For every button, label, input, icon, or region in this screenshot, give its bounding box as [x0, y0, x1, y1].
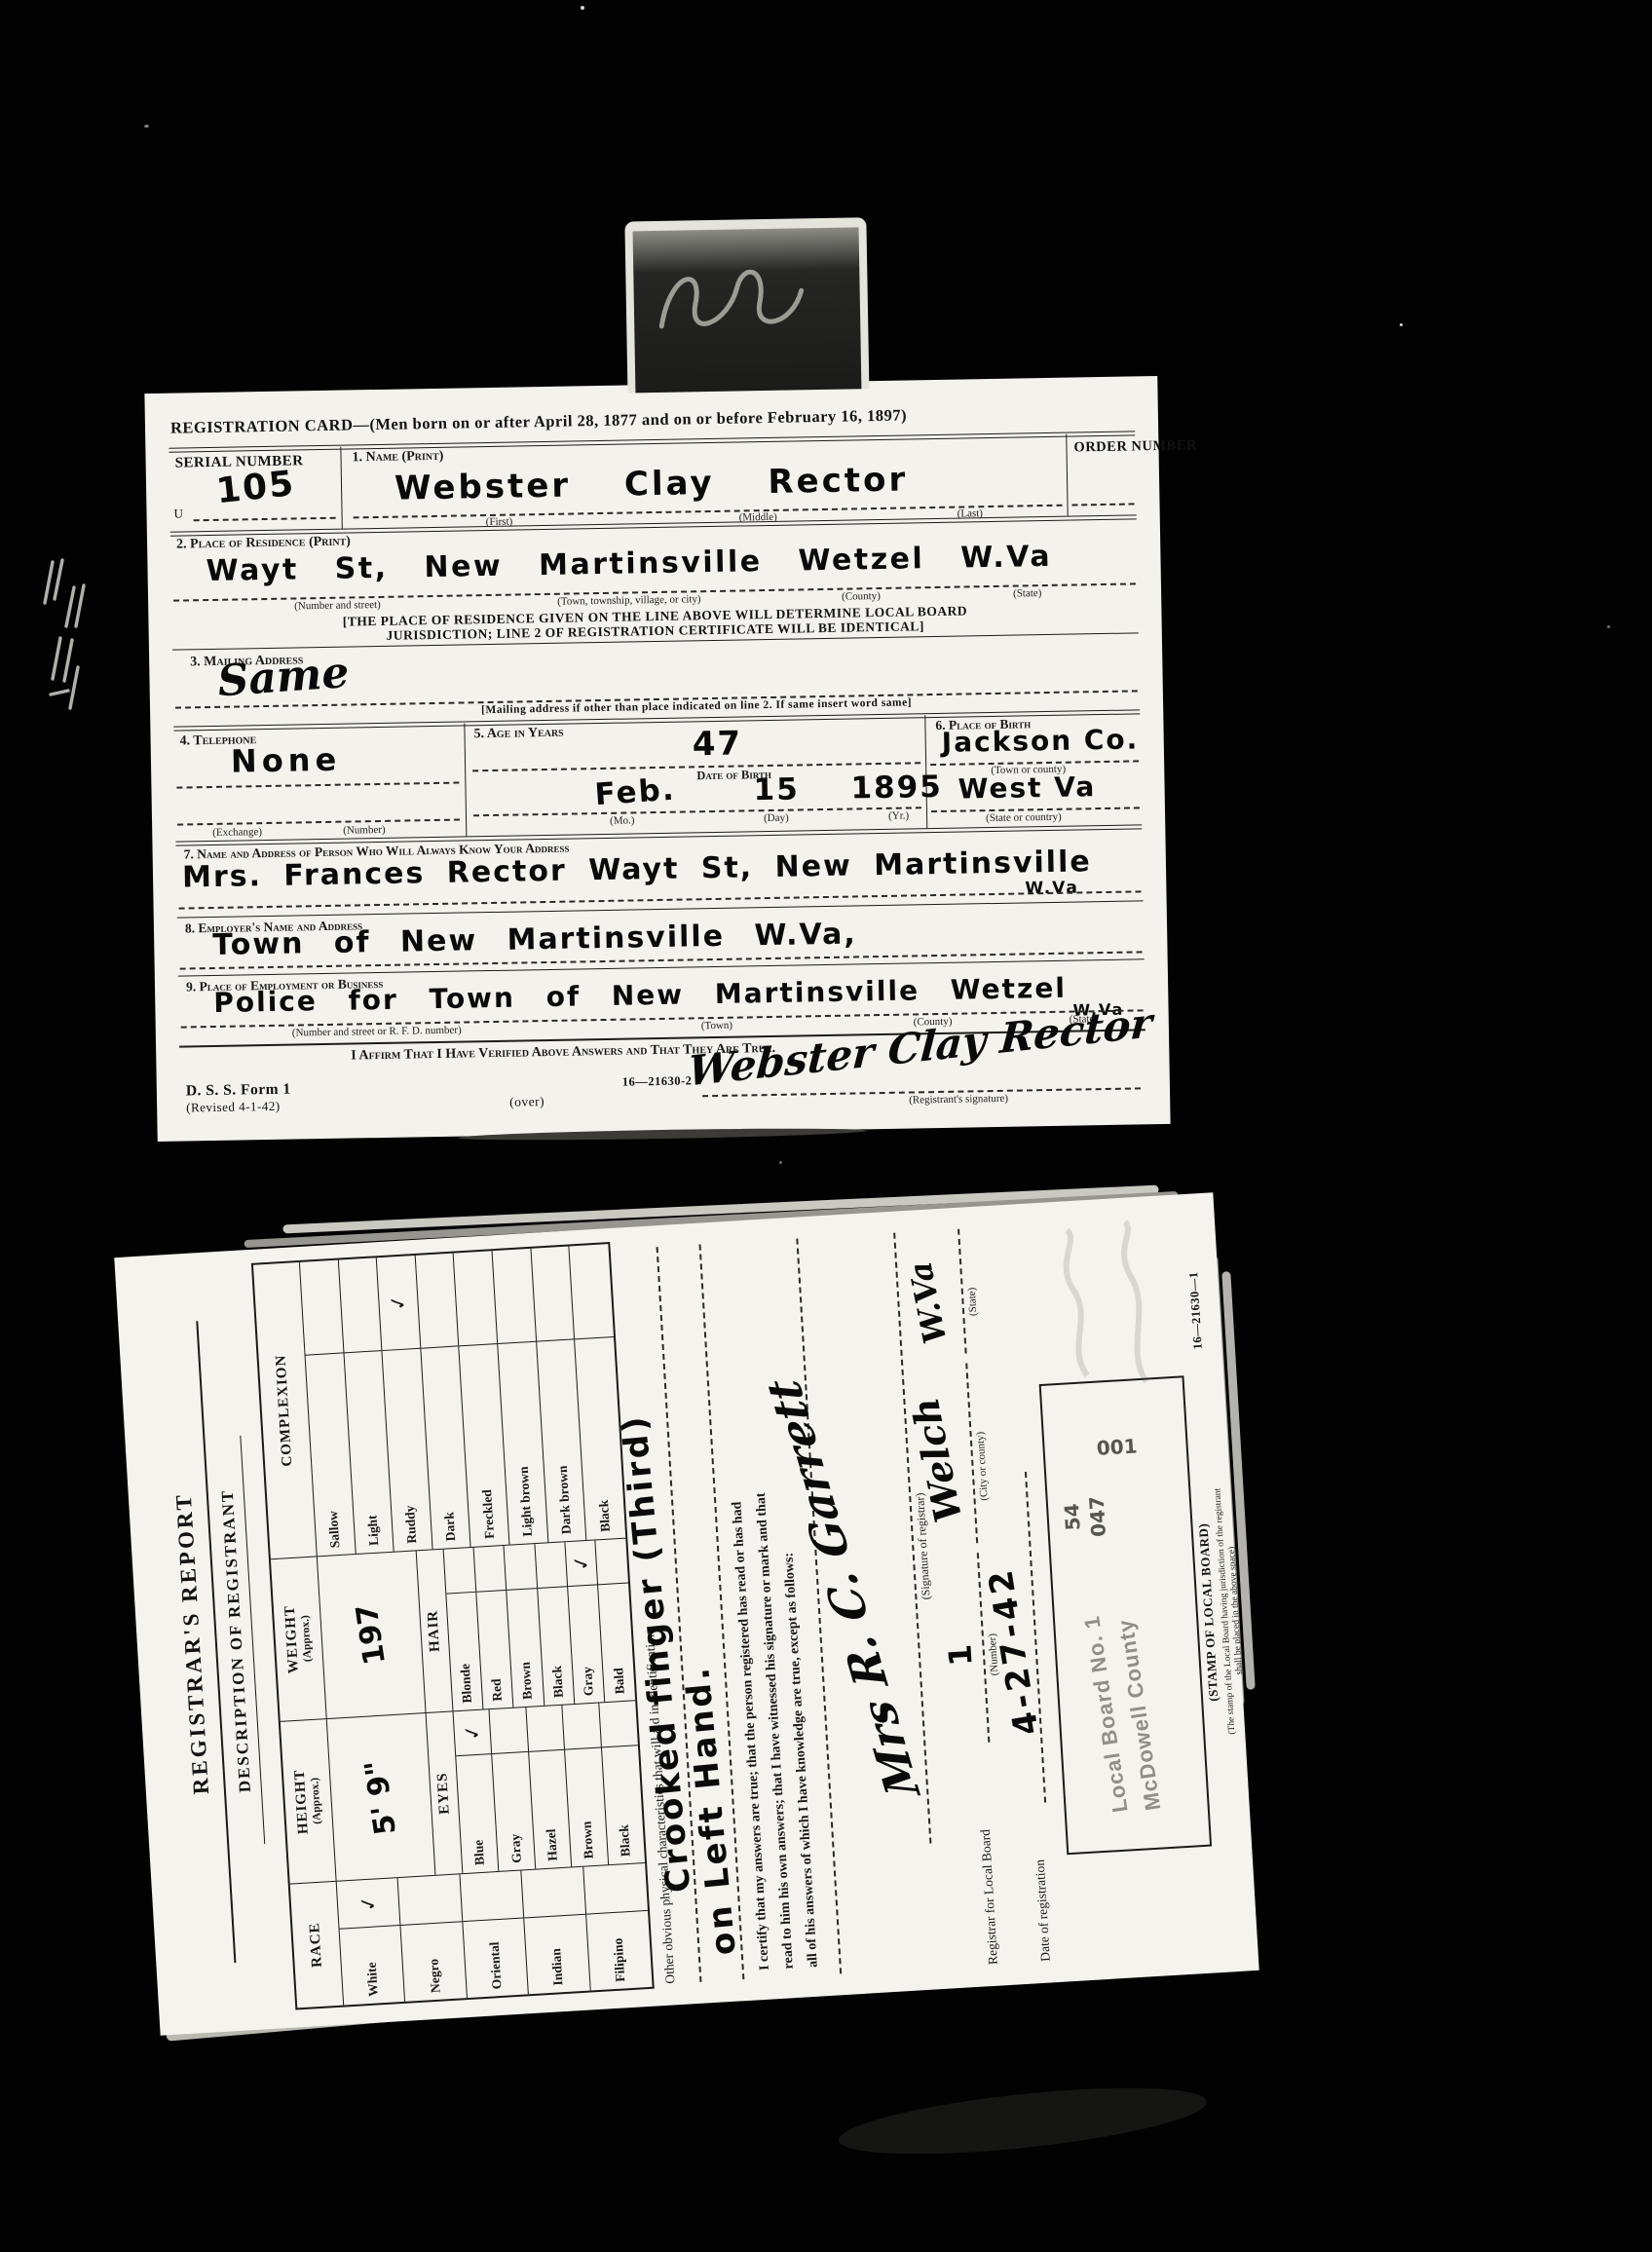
residence-label: 2. Place of Residence (Print)	[176, 534, 351, 552]
order-number-label: ORDER NUMBER	[1073, 437, 1197, 456]
hair-check-cell: ✓	[565, 1540, 597, 1587]
weight-value-cell: 197	[318, 1551, 427, 1718]
birth-state-sub: (State or country)	[986, 811, 1062, 824]
serial-prefix: U	[173, 506, 183, 521]
residence-sub-street: (Number and street)	[294, 599, 381, 613]
complexion-check-cell: ✓	[377, 1256, 420, 1351]
name-value: Webster Clay Rector	[394, 460, 909, 507]
race-option-label: White	[340, 1926, 405, 2006]
weight-value: 197	[350, 1602, 393, 1668]
dotted-line	[1072, 503, 1135, 506]
registrar-city-sub: (City or county)	[974, 1432, 990, 1501]
race-column: RACE White ✓ Negro Oriental Indian	[290, 1862, 653, 2008]
age-label: 5. Age in Years	[473, 726, 563, 743]
card-tab-photo-area	[633, 227, 862, 393]
race-option-row: Oriental	[460, 1871, 529, 1999]
race-check-cell	[398, 1874, 462, 1926]
weight-header-approx: (Approx.)	[299, 1615, 314, 1663]
telephone-sub-number: (Number)	[343, 824, 386, 837]
name-label: 1. Name (Print)	[352, 449, 443, 467]
registrars-report-card: REGISTRAR'S REPORT DESCRIPTION OF REGIST…	[114, 1192, 1258, 2036]
dotted-line	[194, 517, 336, 522]
card-title: REGISTRATION CARD—(Men born on or after …	[170, 405, 907, 437]
race-option-row: White ✓	[337, 1878, 406, 2006]
height-value: 5' 9"	[358, 1757, 403, 1836]
eyes-option-label: Gray	[493, 1752, 535, 1871]
dotted-line	[179, 890, 1142, 909]
hair-check-cell	[595, 1539, 628, 1586]
hair-header-label: HAIR	[425, 1609, 444, 1652]
dob-sub-mo: (Mo.)	[610, 814, 635, 826]
dotted-line	[176, 782, 459, 789]
race-option-label: Filipino	[586, 1911, 653, 1991]
rule	[175, 824, 1142, 845]
hair-check-cell	[505, 1544, 537, 1591]
eyes-option-label: Blue	[456, 1754, 498, 1873]
eyes-option-label: Black	[602, 1745, 645, 1864]
dust-speck	[1400, 323, 1403, 326]
registrant-signature-sub: (Registrant's signature)	[909, 1093, 1008, 1107]
hair-check-cell	[474, 1546, 507, 1593]
checkmark: ✓	[385, 1292, 412, 1314]
dob-year: 1895	[850, 769, 943, 807]
card-pile: REGISTRAR'S REPORT DESCRIPTION OF REGIST…	[127, 1203, 1247, 2041]
checkmark: ✓	[355, 1892, 382, 1914]
description-table: RACE White ✓ Negro Oriental Indian	[251, 1242, 655, 2010]
telephone-sub-exchange: (Exchange)	[212, 826, 262, 839]
race-header-label: RACE	[307, 1922, 326, 1968]
ink-bleed-ghost	[1049, 1214, 1195, 1397]
complexion-check-cell	[570, 1244, 614, 1339]
scanned-document-page: REGISTRATION CARD—(Men born on or after …	[0, 0, 1652, 2252]
residence-sub-state: (State)	[1013, 587, 1042, 600]
race-option-row: Indian	[522, 1867, 591, 1995]
margin-tally-marks	[39, 531, 117, 716]
residence-sub-town: (Town, township, village, or city)	[557, 593, 701, 608]
complexion-check-cell	[338, 1257, 381, 1353]
registration-card-front: REGISTRATION CARD—(Men born on or after …	[144, 376, 1170, 1142]
dotted-line	[473, 807, 921, 816]
scan-smudge	[836, 2075, 1210, 2166]
dust-speck	[144, 125, 149, 128]
age-value: 47	[692, 724, 742, 764]
race-check-cell	[583, 1863, 648, 1915]
complexion-check-cell	[454, 1251, 497, 1346]
registrars-report-content: REGISTRAR'S REPORT DESCRIPTION OF REGIST…	[114, 1192, 1258, 2036]
stamp-number-2: 047	[1085, 1495, 1110, 1537]
card-tab	[624, 217, 869, 393]
race-header: RACE	[290, 1882, 344, 2008]
race-check-cell	[460, 1871, 523, 1923]
height-eyes-column: HEIGHT (Approx.) 5' 9" EYES Blue ✓ Gray	[281, 1700, 645, 1883]
eyes-check-cell	[490, 1708, 528, 1754]
race-option-label: Negro	[401, 1922, 467, 2002]
hair-check-cell	[535, 1542, 567, 1589]
height-value-cell: 5' 9"	[327, 1713, 436, 1881]
race-option-label: Oriental	[463, 1918, 528, 1998]
residence-sub-county: (County)	[842, 590, 881, 603]
registrar-state: W.Va	[901, 1258, 954, 1347]
column-divider	[1066, 434, 1068, 516]
race-option-label: Indian	[524, 1915, 589, 1995]
eyes-option-label: Brown	[565, 1747, 607, 1866]
weight-hair-column: WEIGHT (Approx.) 197 HAIR Blonde Red	[271, 1538, 635, 1721]
hair-option-label: Bald	[598, 1583, 635, 1702]
stamp-number-3: 001	[1096, 1434, 1138, 1459]
race-option-row: Filipino	[583, 1863, 653, 1991]
rule	[177, 900, 1144, 918]
stamp-number-1: 54	[1060, 1503, 1085, 1531]
eyes-check-cell	[526, 1706, 564, 1752]
dotted-line	[177, 819, 460, 826]
eyes-option-label: Hazel	[529, 1750, 571, 1869]
complexion-header-label: COMPLEXION	[273, 1354, 296, 1467]
contact-value-state: W.Va	[1025, 878, 1079, 898]
complexion-column: COMPLEXION Sallow Light Ruddy ✓ Dark	[253, 1244, 625, 1558]
mailing-value: Same	[216, 648, 351, 706]
dob-day: 15	[753, 771, 800, 807]
dust-speck	[581, 6, 584, 10]
serial-number-value: 105	[214, 464, 297, 511]
telephone-value: None	[231, 741, 342, 780]
dob-sub-day: (Day)	[764, 812, 789, 824]
birth-state: West Va	[957, 770, 1096, 805]
dust-speck	[1607, 625, 1610, 628]
checkmark: ✓	[459, 1721, 486, 1744]
race-option-row: Negro	[398, 1874, 468, 2002]
local-board-stamp-box: Local Board No. 1 McDowell County 54 047…	[1039, 1375, 1212, 1855]
eyes-check-cell	[563, 1704, 601, 1750]
birth-town: Jackson Co.	[941, 723, 1139, 759]
checkmark: ✓	[568, 1552, 595, 1574]
race-check-cell: ✓	[337, 1878, 400, 1930]
form-revision: (Revised 4-1-42)	[186, 1099, 281, 1116]
eyes-header-label: EYES	[434, 1772, 454, 1815]
complexion-check-cell	[531, 1247, 574, 1342]
registrar-line-label: Registrar for Local Board	[978, 1829, 1001, 1966]
registrar-state-sub: (State)	[966, 1287, 980, 1316]
eyes-check-cell: ✓	[454, 1709, 492, 1756]
print-code-front: 16—21630-2	[622, 1073, 693, 1089]
dob-month: Feb.	[593, 772, 676, 813]
eyes-check-cell	[599, 1701, 638, 1747]
race-check-cell	[522, 1867, 585, 1919]
hair-check-cell	[444, 1548, 476, 1595]
dob-sub-yr: (Yr.)	[888, 810, 909, 822]
tab-handwriting-squiggle	[633, 227, 858, 377]
complexion-check-cell	[300, 1260, 343, 1356]
dust-speck	[779, 1161, 782, 1164]
registrar-board-number: 1	[941, 1641, 979, 1667]
complexion-check-cell	[493, 1249, 536, 1344]
date-of-registration-label: Date of registration	[1032, 1858, 1054, 1962]
employment-sub-street: (Number and street or R. F. D. number)	[292, 1025, 462, 1039]
employment-sub-town: (Town)	[701, 1020, 732, 1032]
height-header-approx: (Approx.)	[309, 1778, 323, 1825]
complexion-check-cell	[415, 1254, 458, 1349]
column-divider	[464, 723, 467, 836]
form-id: D. S. S. Form 1	[186, 1081, 291, 1101]
over-note: (over)	[509, 1094, 544, 1110]
column-divider	[340, 447, 342, 529]
